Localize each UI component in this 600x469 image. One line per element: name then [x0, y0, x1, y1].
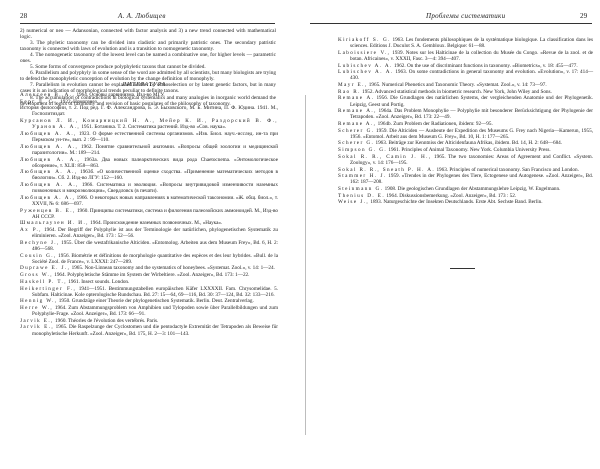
reference-author: Lubischev A. A. [338, 69, 394, 75]
reference-text: 1965. Non-Linnean taxonomy and the syste… [70, 265, 275, 271]
reference-entry: Steinmann G. 1908. Die geologischen Grun… [338, 186, 593, 192]
reference-text: 1964. Происхождение наземных позвоночных… [89, 220, 222, 226]
reference-entry: Simpson G. G. 1961. Principles of Animal… [338, 147, 593, 153]
reference-author: Шмальгаузен И. И., [20, 220, 89, 226]
reference-text: 1950. Grundzüge einer Theorie der phylog… [58, 298, 254, 304]
reference-entry: Любищев А. А., 1966. Систематика и эволю… [20, 182, 278, 194]
reference-text: 1959. Die Alticiden — Ausbeute der Exped… [350, 128, 593, 140]
reference-entry: Heikertinger F., 1941—1951. Bestimmungst… [20, 286, 278, 298]
reference-entry: Шмальгаузен И. И., 1964. Происхождение н… [20, 220, 278, 226]
page-number-right: 29 [580, 12, 587, 20]
reference-entry: Weise J., 1893. Naturgeschichte der Inse… [338, 199, 593, 205]
reference-entry: Любищев А. А., 1962. Понятие сравнительн… [20, 144, 278, 156]
reference-entry: Herre W., 1964. Zum Abstammungsproblem v… [20, 305, 278, 317]
reference-entry: Haskell P. T., 1961. Insect sounds. Lond… [20, 279, 278, 285]
reference-author: Herre W., [20, 305, 53, 311]
reference-entry: Любищев А. А., 1963б. «О количественной … [20, 169, 278, 181]
reference-entry: Jarvik E., 1960. Théories de l'évolution… [20, 318, 278, 324]
reference-entry: Rao R. 1952. Advanced statistical method… [338, 89, 593, 95]
reference-text: 1964. Zum Abstammungsproblem von Amphibi… [32, 305, 278, 317]
reference-text: 1952. Advanced statistical methods in bi… [361, 89, 552, 95]
reference-entry: Курсанов Л. И., Комарницкий Н. А., Мейер… [20, 118, 278, 130]
reference-text: 1959. «Trendes in der Phylogenes des Tie… [350, 173, 593, 185]
reference-entry: Алексеев В. А., 1964. Основы дарвинизма.… [20, 92, 278, 98]
reference-author: Remane A., [338, 121, 376, 127]
reference-entry: Hennig W., 1950. Grundzüge einer Theorie… [20, 298, 278, 304]
reference-author: Simpson G. G. [338, 147, 387, 153]
reference-entry: Любищев А. А., 1966. О некоторых новых н… [20, 195, 278, 207]
reference-entry: Jarvik E., 1965. Die Raspelzunge der Cyc… [20, 324, 278, 336]
reference-text: 1961. Insect sounds. London. [67, 279, 129, 285]
reference-entry: Sokal R. R., Sneath P. H. A. 1963. Princ… [338, 167, 593, 173]
reference-text: 1964. Polyphyletische Stämme im System d… [53, 272, 250, 278]
reference-author: Любищев А. А., [20, 157, 80, 163]
reference-entry: Руженцев В. Е., 1960. Принципы системати… [20, 208, 278, 220]
reference-author: Thenius D. E. [338, 193, 385, 199]
reference-text: 1951. Ботаника. Т. 2. Систематика растен… [80, 124, 226, 130]
reference-author: Алексеев В. А., [20, 92, 75, 98]
reference-author: Remane A., [338, 108, 377, 114]
reference-text: 1964b. Zum Problem der Radiationen, ibid… [376, 121, 492, 127]
reference-entry: Stammer H. J. 1959. «Trendes in der Phyl… [338, 173, 593, 185]
reference-entry: Gross W., 1964. Polyphyletische Stämme i… [20, 272, 278, 278]
reference-entry: Laboissiere V., 1939. Notes sur les Halt… [338, 50, 593, 62]
reference-text: 1963. Principles of numerical taxonomy. … [435, 167, 579, 173]
reference-text: 1956. Die Grundlagen des natürlichen Sys… [350, 95, 593, 107]
reference-text: 1893. Naturgeschichte der Insekten Deuts… [369, 199, 543, 205]
reference-text: 1962. On the use of discriminant functio… [393, 63, 578, 69]
reference-entry: Sokal R. R., Camin J. H., 1965. The two … [338, 154, 593, 166]
reference-entry: Lubischev A. A. 1963. On some contradict… [338, 69, 593, 81]
reference-entry: История философии, т. 2. Под ред. Г. Ф. … [20, 105, 278, 117]
reference-entry: Любищев А. А., 1963а. Два новых палеаркт… [20, 157, 278, 169]
reference-author: Cousin G., [20, 253, 57, 259]
right-page: Проблемы систематики 29 Kiriakoff S. G. … [300, 0, 600, 469]
reference-entry: Любищев А. А., 1923. О форме естественно… [20, 131, 278, 143]
reference-entry: Lubischev A. A. 1962. On the use of disc… [338, 63, 593, 69]
reference-author: Laboissiere V., [338, 50, 390, 56]
reference-entry: Ax P., 1964. Der Begriff der Polyphylie … [20, 227, 278, 239]
reference-entry: Remane A., 1964a. Das Problem Monophylie… [338, 108, 593, 120]
literature-heading: ЛИТЕРАТУРА [122, 82, 166, 88]
reference-text: 1963. Beiträge zur Kenntniss der Alticid… [374, 140, 562, 146]
reference-text: 1956. Biométrie et définitions de morpho… [32, 253, 278, 265]
reference-author: Jarvik E., [20, 318, 54, 324]
header-rule-right [310, 23, 592, 24]
reference-author: Bechyne J., [20, 240, 60, 246]
reference-entry: Bechyne J., 1955. Über die westafrikanis… [20, 240, 278, 252]
reference-author: Sokal R. R., Camin J. H., [338, 154, 432, 160]
conclusion-paragraph: 4. The nomogenetic taxonomy of the lowes… [20, 52, 276, 64]
reference-text: 1961. Principles of Animal Taxonomy. New… [387, 147, 551, 153]
page-number-left: 28 [20, 12, 27, 20]
reference-author: Jarvik E., [20, 324, 54, 330]
reference-author: Ax P., [20, 227, 42, 233]
conclusion-paragraph: 6. Parallelism and polyphyly in some sen… [20, 70, 276, 82]
reference-entry: Cousin G., 1956. Biométrie et définition… [20, 253, 278, 265]
reference-list-right: Kiriakoff S. G. 1963. Les fondements phi… [338, 37, 593, 206]
reference-author: Scherer G. [338, 128, 374, 134]
left-page: 28 А. А. Любищев 2) numerical or neo — A… [0, 0, 290, 469]
header-rule-left [20, 23, 275, 24]
reference-author: Haskell P. T., [20, 279, 67, 285]
reference-text: 1965. Numerical Phenetics and Taxonomic … [368, 82, 547, 88]
reference-author: Steinmann G. [338, 186, 383, 192]
reference-author: Sokal R. R., Sneath P. H. A. [338, 167, 435, 173]
reference-author: Kiriakoff S. G. [338, 37, 391, 43]
reference-author: Weise J., [338, 199, 369, 205]
reference-entry: Mayr E., 1965. Numerical Phenetics and T… [338, 82, 593, 88]
reference-text: История философии, т. 2. Под ред. Г. Ф. … [20, 105, 278, 117]
end-separator-rule [450, 268, 475, 269]
reference-entry: Scherer G. 1963. Beiträge zur Kenntniss … [338, 140, 593, 146]
reference-author: Любищев А. А., [20, 131, 77, 137]
reference-entry: Remane A., 1964b. Zum Problem der Radiat… [338, 121, 593, 127]
reference-author: Берг Л. С., [20, 99, 59, 105]
reference-author: Stammer H. J. [338, 173, 387, 179]
reference-author: Hennig W., [20, 298, 58, 304]
reference-entry: Remane A. 1956. Die Grundlagen des natür… [338, 95, 593, 107]
reference-text: 1964a. Das Problem Monophylie — Polyphyl… [350, 108, 593, 120]
reference-entry: Duprawe E. J., 1965. Non-Linnean taxonom… [20, 265, 278, 271]
reference-text: 1908. Die geologischen Grundlagen der Ab… [383, 186, 560, 192]
reference-author: Scherer G. [338, 140, 374, 146]
reference-entry: Thenius D. E. 1964. Diskussionsbemerkung… [338, 193, 593, 199]
running-head-right: Проблемы систематики [426, 12, 505, 20]
reference-text: 1960. Théories de l'évolution des vertéb… [54, 318, 159, 324]
conclusion-paragraph: 2) numerical or neo — Adansonian, connec… [20, 28, 276, 40]
reference-text: 1965. Die Raspelzunge der Cyclostomen un… [32, 324, 278, 336]
reference-author: Lubischev A. A. [338, 63, 393, 69]
reference-entry: Kiriakoff S. G. 1963. Les fondements phi… [338, 37, 593, 49]
reference-text: 1964. Основы дарвинизма. Изд-во МГУ. [75, 92, 164, 98]
reference-author: Remane A. [338, 95, 374, 101]
reference-entry: Берг Л. С., 1922. Номогенез. [20, 99, 278, 105]
reference-text: 1964. Diskussionsbemerkung. «Zool. Anzei… [385, 193, 516, 199]
running-head-left: А. А. Любищев [118, 12, 166, 20]
reference-author: Любищев А. А., [20, 144, 78, 150]
reference-author: Rao R. [338, 89, 361, 95]
reference-author: Руженцев В. Е., [20, 208, 76, 214]
reference-author: Duprawe E. J., [20, 265, 70, 271]
conclusion-paragraph: 3. The phyletic taxonomy can be divided … [20, 40, 276, 52]
reference-text: 1964. Der Begriff der Polyphylie ist aus… [32, 227, 278, 239]
reference-entry: Scherer G. 1959. Die Alticiden — Ausbeut… [338, 128, 593, 140]
reference-list-left: Алексеев В. А., 1964. Основы дарвинизма.… [20, 92, 278, 337]
reference-author: Mayr E., [338, 82, 368, 88]
reference-text: 1922. Номогенез. [59, 99, 98, 105]
reference-author: Heikertinger F., [20, 286, 76, 292]
reference-author: Gross W., [20, 272, 53, 278]
reference-author: Любищев А. А., [20, 195, 75, 201]
reference-text: 1955. Über die westafrikanische Alticide… [32, 240, 278, 252]
